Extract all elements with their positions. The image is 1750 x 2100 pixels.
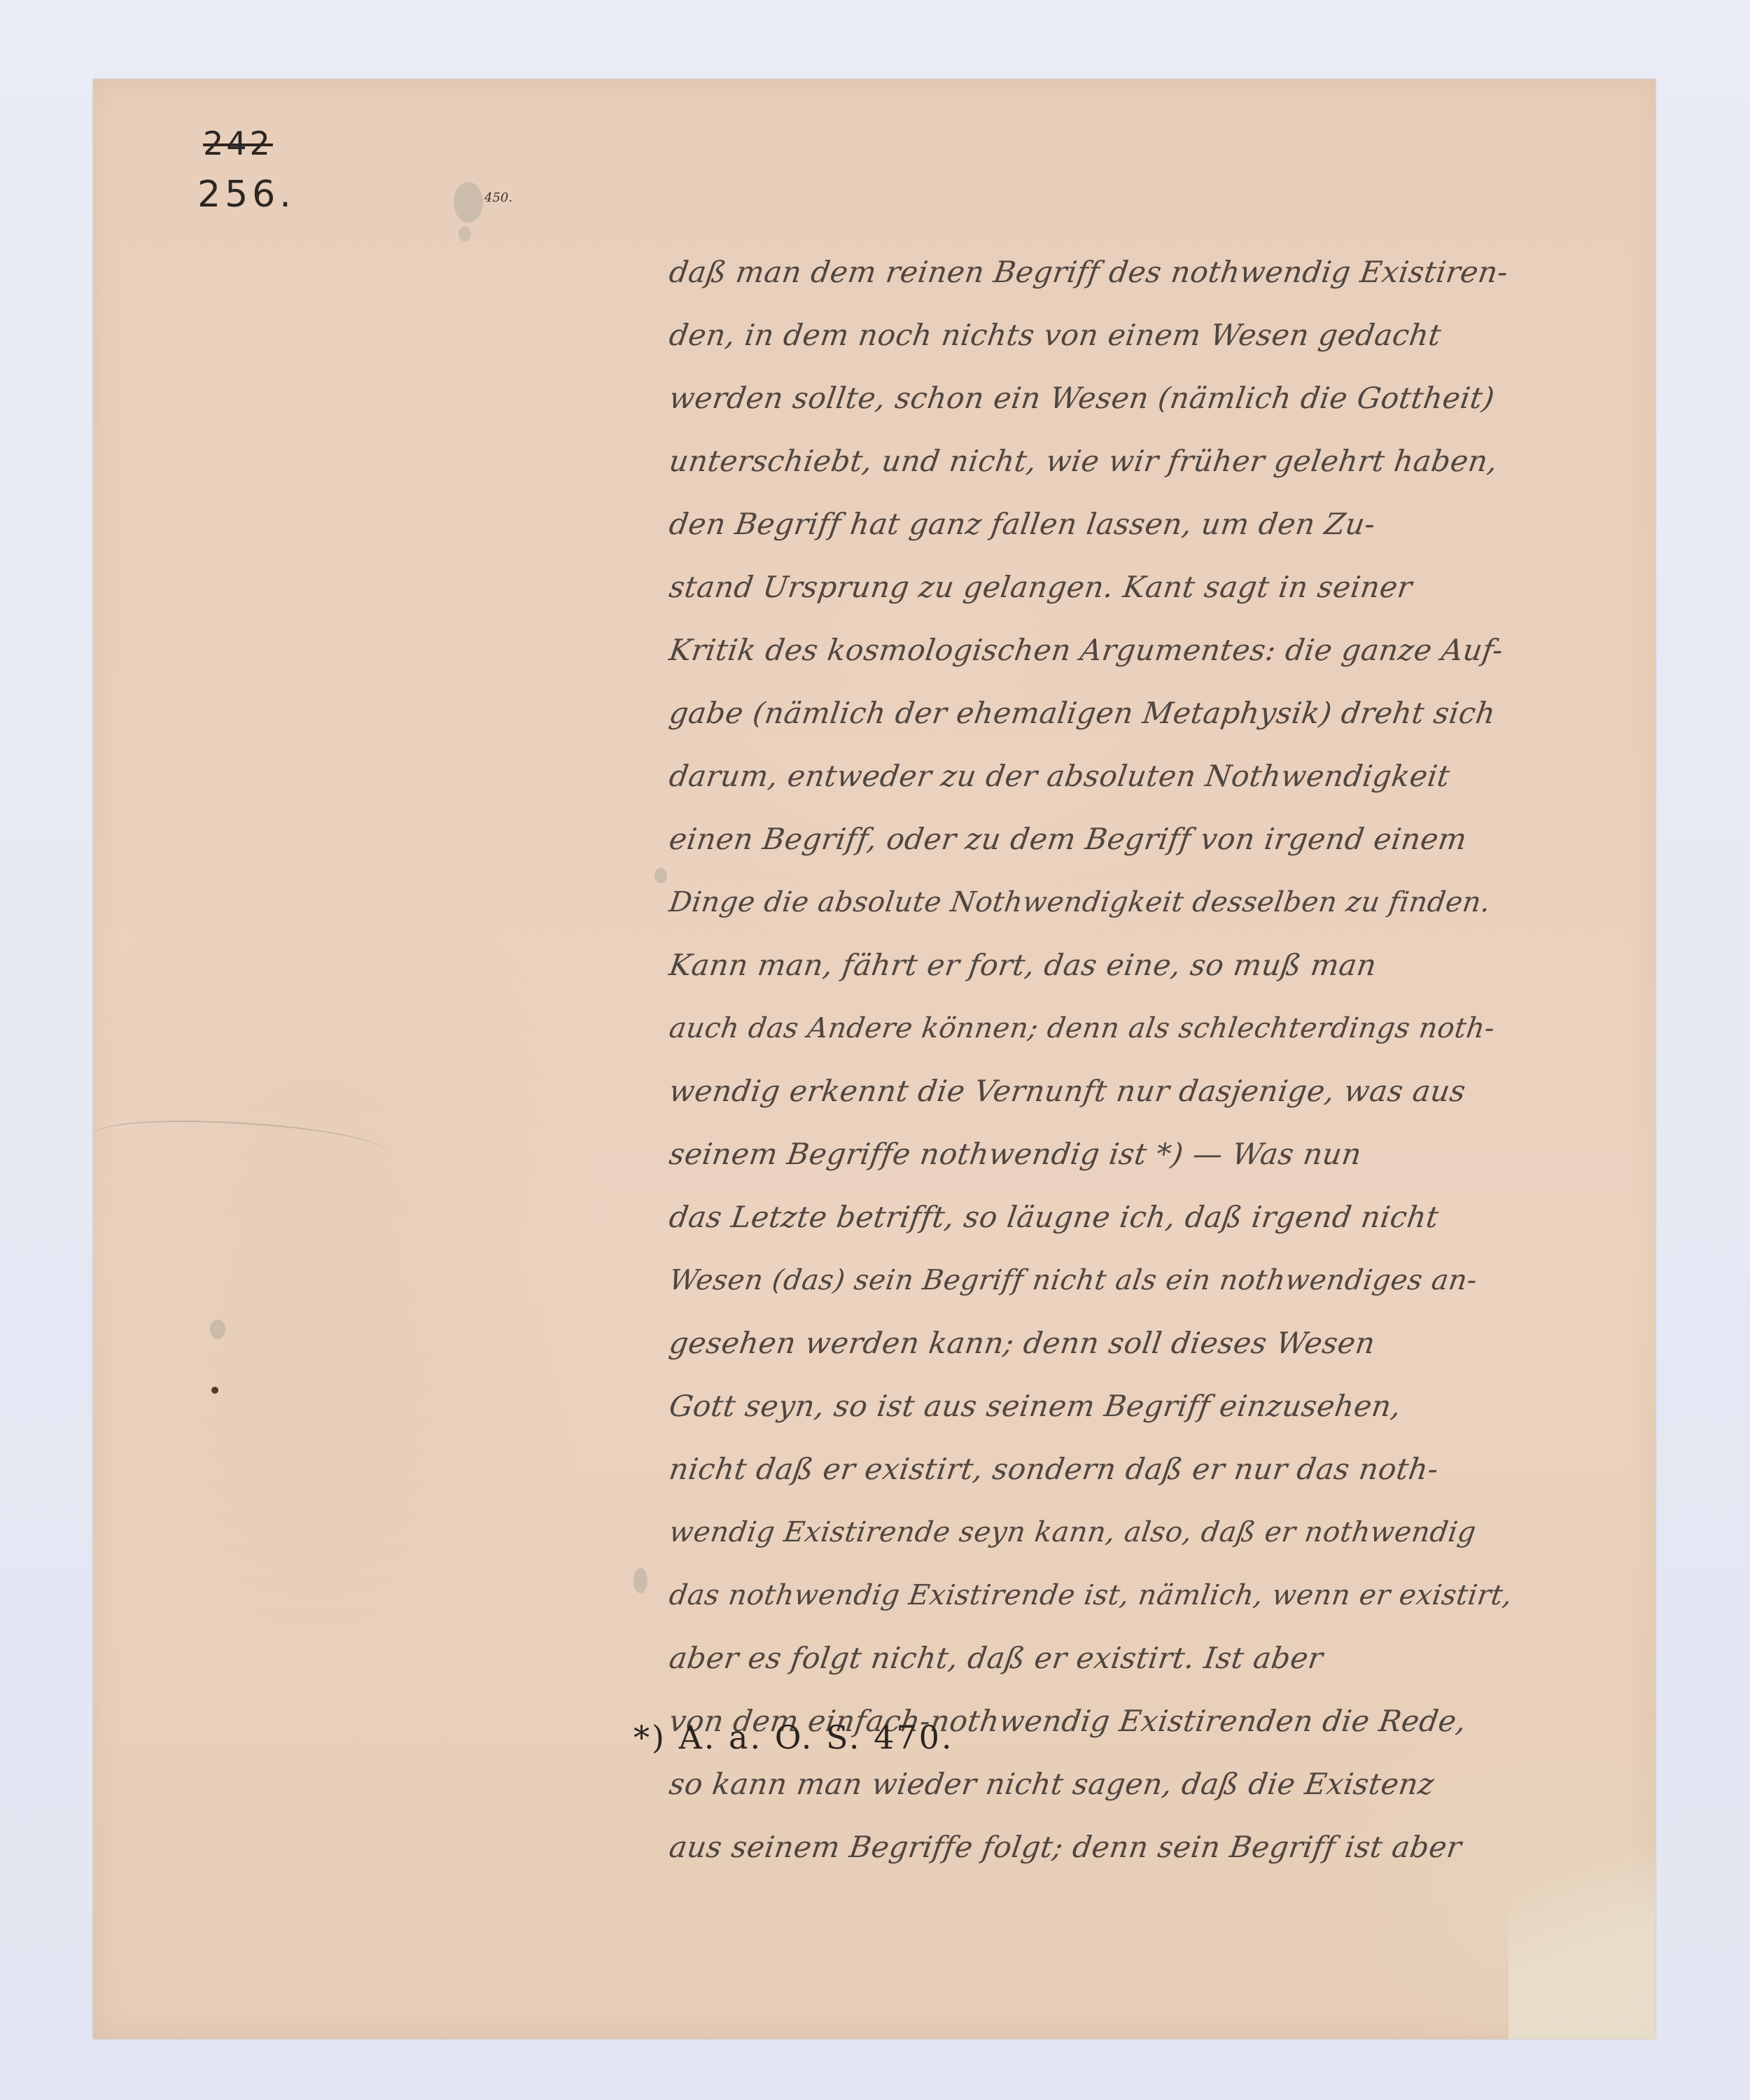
manuscript-text: daß man dem reinen Begriff des nothwendi…: [664, 251, 1567, 1889]
text-line: werden sollte, schon ein Wesen (nämlich …: [664, 377, 1576, 440]
text-line: wendig Existirende seyn kann, also, daß …: [664, 1511, 1576, 1574]
text-line: das Letzte betrifft, so läugne ich, daß …: [664, 1196, 1576, 1259]
text-line: aus seinem Begriffe folgt; denn sein Beg…: [664, 1826, 1576, 1889]
text-line: gesehen werden kann; denn soll dieses We…: [664, 1322, 1576, 1385]
text-line: den Begriff hat ganz fallen lassen, um d…: [664, 503, 1576, 566]
text-line: Dinge die absolute Nothwendigkeit dessel…: [664, 881, 1576, 944]
page-number: 450.: [484, 190, 512, 205]
stain-spot: [633, 1568, 647, 1593]
text-line: den, in dem noch nichts von einem Wesen …: [664, 314, 1576, 377]
folio-number: 256.: [197, 174, 295, 216]
text-line: auch das Andere können; denn als schlech…: [664, 1007, 1576, 1070]
text-line: gabe (nämlich der ehemaligen Metaphysik)…: [664, 692, 1576, 755]
text-line: darum, entweder zu der absoluten Nothwen…: [664, 755, 1576, 818]
text-line: stand Ursprung zu gelangen. Kant sagt in…: [664, 566, 1576, 629]
text-line: Kritik des kosmologischen Argumentes: di…: [664, 629, 1576, 692]
stain-spot: [458, 226, 471, 241]
text-line: seinem Begriffe nothwendig ist *) — Was …: [664, 1133, 1576, 1196]
footnote: *) A. a. O. S. 470.: [633, 1718, 954, 1756]
text-line: Wesen (das) sein Begriff nicht als ein n…: [664, 1259, 1576, 1322]
text-line: wendig erkennt die Vernunft nur dasjenig…: [664, 1070, 1576, 1133]
text-line: das nothwendig Existirende ist, nämlich,…: [664, 1574, 1576, 1637]
text-line: daß man dem reinen Begriff des nothwendi…: [664, 251, 1576, 314]
text-line: aber es folgt nicht, daß er existirt. Is…: [664, 1637, 1576, 1700]
folio-number-struck: 242: [203, 125, 273, 162]
text-line: unterschiebt, und nicht, wie wir früher …: [664, 440, 1576, 503]
ink-dot: [211, 1387, 218, 1394]
text-line: so kann man wieder nicht sagen, daß die …: [664, 1763, 1576, 1826]
text-line: einen Begriff, oder zu dem Begriff von i…: [664, 818, 1576, 881]
stain-spot: [454, 182, 483, 223]
text-line: Kann man, fährt er fort, das eine, so mu…: [664, 944, 1576, 1007]
stain-spot: [210, 1319, 225, 1339]
text-line: nicht daß er existirt, sondern daß er nu…: [664, 1448, 1576, 1511]
text-line: Gott seyn, so ist aus seinem Begriff ein…: [664, 1385, 1576, 1448]
